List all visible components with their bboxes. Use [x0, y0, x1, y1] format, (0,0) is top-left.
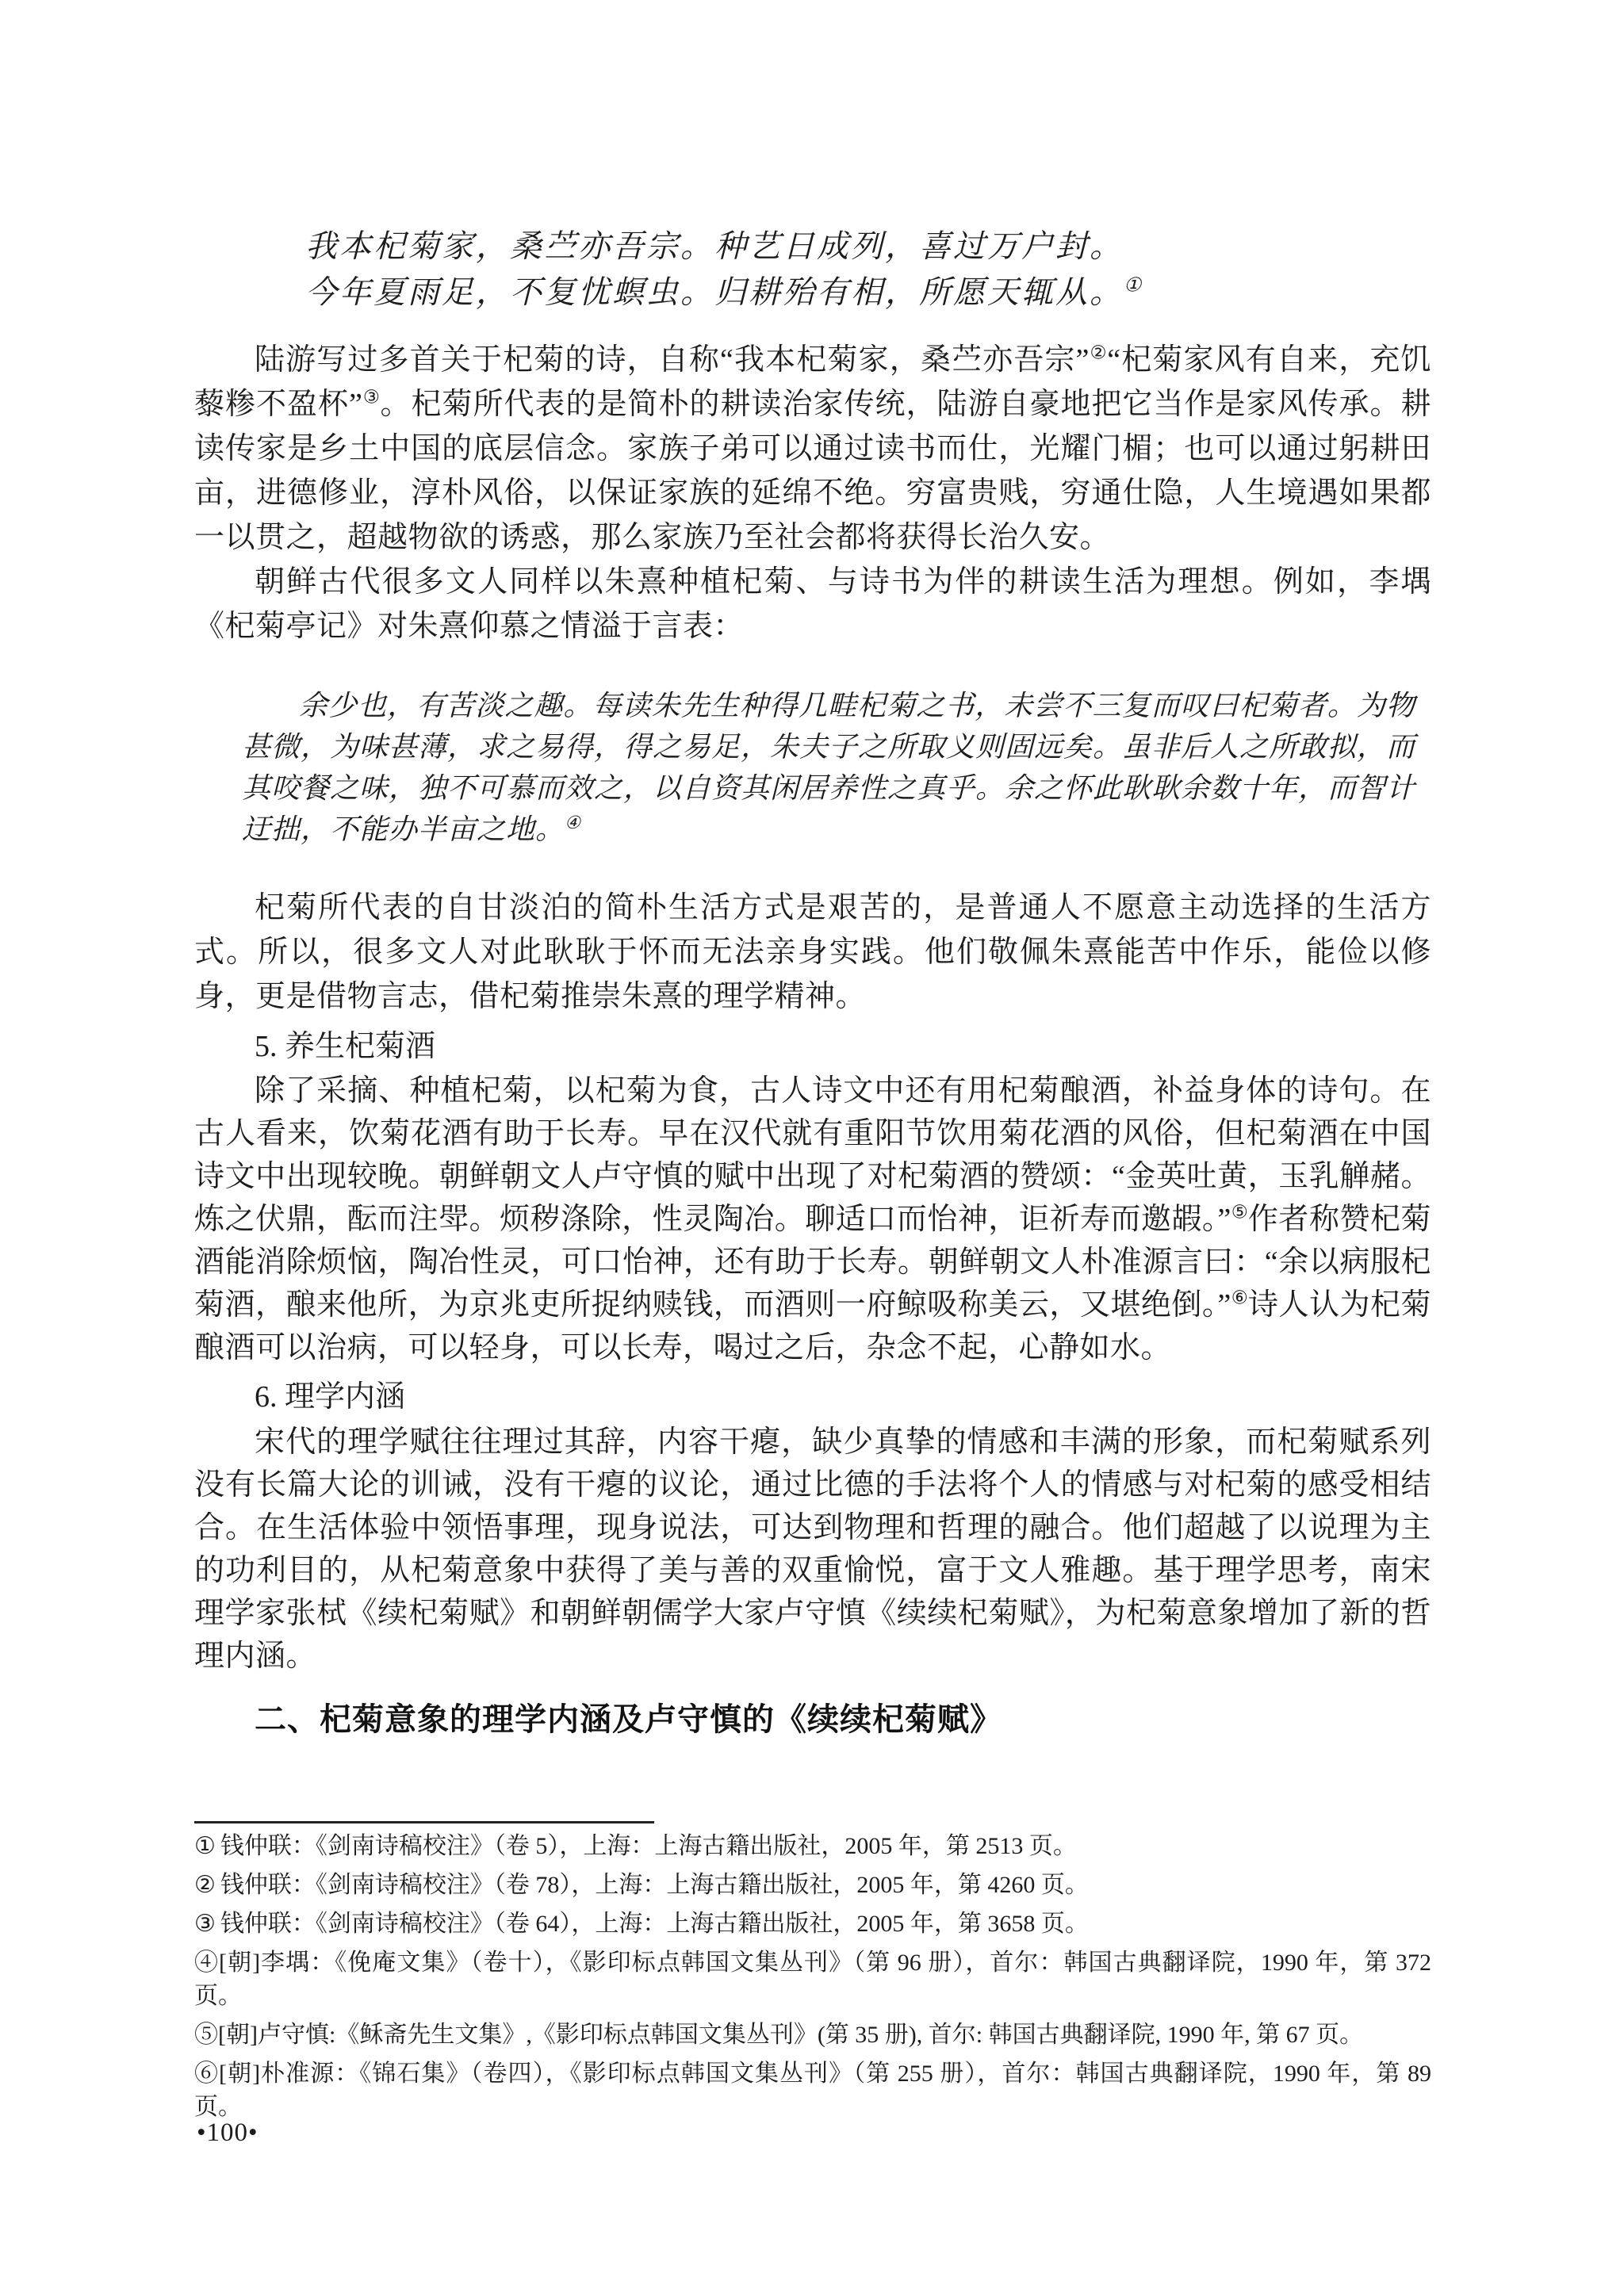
footnote-ref-6: ⑥	[1231, 1288, 1248, 1308]
footnote-ref-4: ④	[565, 813, 580, 832]
paragraph-korean-literati-intro: 朝鲜古代很多文人同样以朱熹种植杞菊、与诗书为伴的耕读生活为理想。例如，李堣《杞菊…	[194, 560, 1431, 649]
quote-text: 余少也，有苦淡之趣。每读朱先生种得几畦杞菊之书，未尝不三复而叹曰杞菊者。为物甚微…	[242, 690, 1415, 845]
footnote-marker: ②	[194, 1872, 216, 1898]
paragraph-simple-life: 杞菊所代表的自甘淡泊的简朴生活方式是艰苦的，是普通人不愿意主动选择的生活方式。所…	[194, 886, 1431, 1019]
footnote-item: ③钱仲联：《剑南诗稿校注》（卷 64），上海：上海古籍出版社，2005 年，第 …	[194, 1908, 1431, 1941]
poem-line: 今年夏雨足，不复忧螟虫。归耕殆有相，所愿天辄从。①	[305, 270, 1431, 316]
footnote-marker: ④	[194, 1950, 219, 1976]
poem-block: 我本杞菊家，桑苎亦吾宗。种艺日成列，喜过万户封。 今年夏雨足，不复忧螟虫。归耕殆…	[305, 224, 1431, 316]
page-content: 我本杞菊家，桑苎亦吾宗。种艺日成列，喜过万户封。 今年夏雨足，不复忧螟虫。归耕殆…	[194, 0, 1431, 2130]
footnote-item: ⑤[朝]卢守慎:《稣斋先生文集》,《影印标点韩国文集丛刊》(第 35 册), 首…	[194, 2019, 1431, 2052]
paragraph-neoconfucian-meaning: 宋代的理学赋往往理过其辞，内容干瘪，缺少真挚的情感和丰满的形象，而杞菊赋系列没有…	[194, 1421, 1431, 1678]
footnote-text: 钱仲联：《剑南诗稿校注》（卷 64），上海：上海古籍出版社，2005 年，第 3…	[220, 1911, 1089, 1937]
footnote-text: [朝]卢守慎:《稣斋先生文集》,《影印标点韩国文集丛刊》(第 35 册), 首尔…	[218, 2022, 1363, 2048]
text-run: 。杞菊所代表的是简朴的耕读治家传统，陆游自豪地把它当作是家风传承。耕读传家是乡土…	[194, 388, 1431, 554]
footnote-separator	[194, 1821, 654, 1823]
footnotes-block: ①钱仲联：《剑南诗稿校注》（卷 5），上海：上海古籍出版社，2005 年，第 2…	[194, 1830, 1431, 2124]
poem-line-2: 今年夏雨足，不复忧螟虫。归耕殆有相，所愿天辄从。	[305, 274, 1124, 310]
footnote-marker: ③	[194, 1911, 216, 1937]
footnote-ref-2: ②	[1090, 342, 1107, 363]
page-number: •100•	[197, 2118, 259, 2148]
section-heading-2: 二、杞菊意象的理学内涵及卢守慎的《续续杞菊赋》	[194, 1697, 1431, 1742]
footnote-text: [朝]朴准源：《锦石集》（卷四），《影印标点韩国文集丛刊》（第 255 册），首…	[194, 2061, 1431, 2120]
footnote-ref-3: ③	[362, 387, 380, 408]
footnote-item: ①钱仲联：《剑南诗稿校注》（卷 5），上海：上海古籍出版社，2005 年，第 2…	[194, 1830, 1431, 1863]
poem-line: 我本杞菊家，桑苎亦吾宗。种艺日成列，喜过万户封。	[305, 224, 1431, 270]
footnote-marker: ⑥	[194, 2061, 219, 2087]
footnote-text: 钱仲联：《剑南诗稿校注》（卷 5），上海：上海古籍出版社，2005 年，第 25…	[220, 1833, 1077, 1859]
paragraph-wolfberry-wine: 除了采摘、种植杞菊，以杞菊为食，古人诗文中还有用杞菊酿酒，补益身体的诗句。在古人…	[194, 1070, 1431, 1369]
footnote-item: ⑥[朝]朴准源：《锦石集》（卷四），《影印标点韩国文集丛刊》（第 255 册），…	[194, 2057, 1431, 2124]
subsection-heading-6: 6. 理学内涵	[194, 1375, 1431, 1419]
subsection-heading-5: 5. 养生杞菊酒	[194, 1024, 1431, 1069]
blockquote-li-yu: 余少也，有苦淡之趣。每读朱先生种得几畦杞菊之书，未尝不三复而叹曰杞菊者。为物甚微…	[242, 685, 1415, 850]
footnote-ref-5: ⑤	[1231, 1202, 1248, 1223]
footnote-item: ④[朝]李堣：《俛庵文集》（卷十），《影印标点韩国文集丛刊》（第 96 册），首…	[194, 1946, 1431, 2013]
footnote-marker: ⑤	[194, 2022, 218, 2048]
footnote-ref-1: ①	[1124, 275, 1141, 297]
footnote-text: [朝]李堣：《俛庵文集》（卷十），《影印标点韩国文集丛刊》（第 96 册），首尔…	[194, 1950, 1431, 2009]
footnote-marker: ①	[194, 1833, 216, 1859]
poem-line-1: 我本杞菊家，桑苎亦吾宗。种艺日成列，喜过万户封。	[305, 228, 1124, 264]
document-page: 我本杞菊家，桑苎亦吾宗。种艺日成列，喜过万户封。 今年夏雨足，不复忧螟虫。归耕殆…	[0, 0, 1624, 2296]
text-run: 陆游写过多首关于杞菊的诗，自称“我本杞菊家，桑苎亦吾宗”	[255, 343, 1090, 377]
footnote-item: ②钱仲联：《剑南诗稿校注》（卷 78），上海：上海古籍出版社，2005 年，第 …	[194, 1869, 1431, 1902]
footnote-text: 钱仲联：《剑南诗稿校注》（卷 78），上海：上海古籍出版社，2005 年，第 4…	[220, 1872, 1089, 1898]
paragraph-luyou-family-tradition: 陆游写过多首关于杞菊的诗，自称“我本杞菊家，桑苎亦吾宗”②“杞菊家风有自来，充饥…	[194, 338, 1431, 560]
